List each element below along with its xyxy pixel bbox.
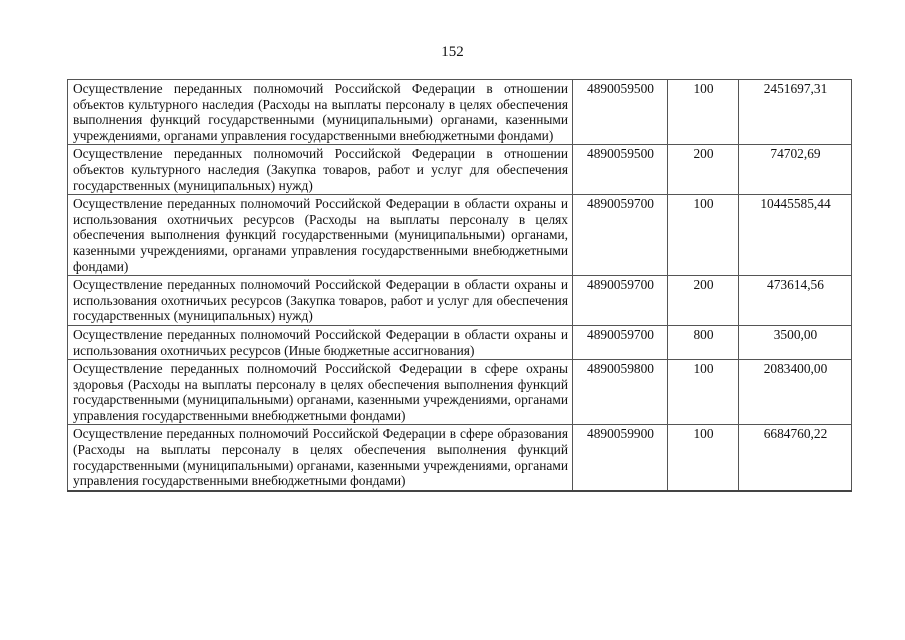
- row-description: Осуществление переданных полномочий Росс…: [68, 325, 573, 359]
- page-number: 152: [0, 44, 905, 61]
- row-expense-type: 200: [668, 276, 739, 326]
- row-expense-type: 100: [668, 195, 739, 276]
- row-amount: 2083400,00: [739, 360, 852, 425]
- row-expense-type: 100: [668, 360, 739, 425]
- row-expense-type: 100: [668, 80, 739, 145]
- row-expense-type: 100: [668, 425, 739, 491]
- row-target-code: 4890059500: [573, 80, 668, 145]
- row-amount: 3500,00: [739, 325, 852, 359]
- row-target-code: 4890059700: [573, 276, 668, 326]
- row-target-code: 4890059800: [573, 360, 668, 425]
- row-amount: 10445585,44: [739, 195, 852, 276]
- table-row: Осуществление переданных полномочий Росс…: [68, 80, 852, 145]
- table-row: Осуществление переданных полномочий Росс…: [68, 325, 852, 359]
- row-description: Осуществление переданных полномочий Росс…: [68, 80, 573, 145]
- row-expense-type: 200: [668, 145, 739, 195]
- row-description: Осуществление переданных полномочий Росс…: [68, 276, 573, 326]
- row-amount: 6684760,22: [739, 425, 852, 491]
- row-amount: 473614,56: [739, 276, 852, 326]
- table-row: Осуществление переданных полномочий Росс…: [68, 360, 852, 425]
- table-row: Осуществление переданных полномочий Росс…: [68, 195, 852, 276]
- row-target-code: 4890059900: [573, 425, 668, 491]
- row-description: Осуществление переданных полномочий Росс…: [68, 195, 573, 276]
- row-description: Осуществление переданных полномочий Росс…: [68, 360, 573, 425]
- row-amount: 74702,69: [739, 145, 852, 195]
- budget-table-body: Осуществление переданных полномочий Росс…: [68, 80, 852, 491]
- row-expense-type: 800: [668, 325, 739, 359]
- row-description: Осуществление переданных полномочий Росс…: [68, 145, 573, 195]
- row-target-code: 4890059500: [573, 145, 668, 195]
- budget-table: Осуществление переданных полномочий Росс…: [67, 79, 852, 492]
- table-row: Осуществление переданных полномочий Росс…: [68, 425, 852, 491]
- table-row: Осуществление переданных полномочий Росс…: [68, 276, 852, 326]
- row-target-code: 4890059700: [573, 195, 668, 276]
- row-amount: 2451697,31: [739, 80, 852, 145]
- row-description: Осуществление переданных полномочий Росс…: [68, 425, 573, 491]
- row-target-code: 4890059700: [573, 325, 668, 359]
- table-row: Осуществление переданных полномочий Росс…: [68, 145, 852, 195]
